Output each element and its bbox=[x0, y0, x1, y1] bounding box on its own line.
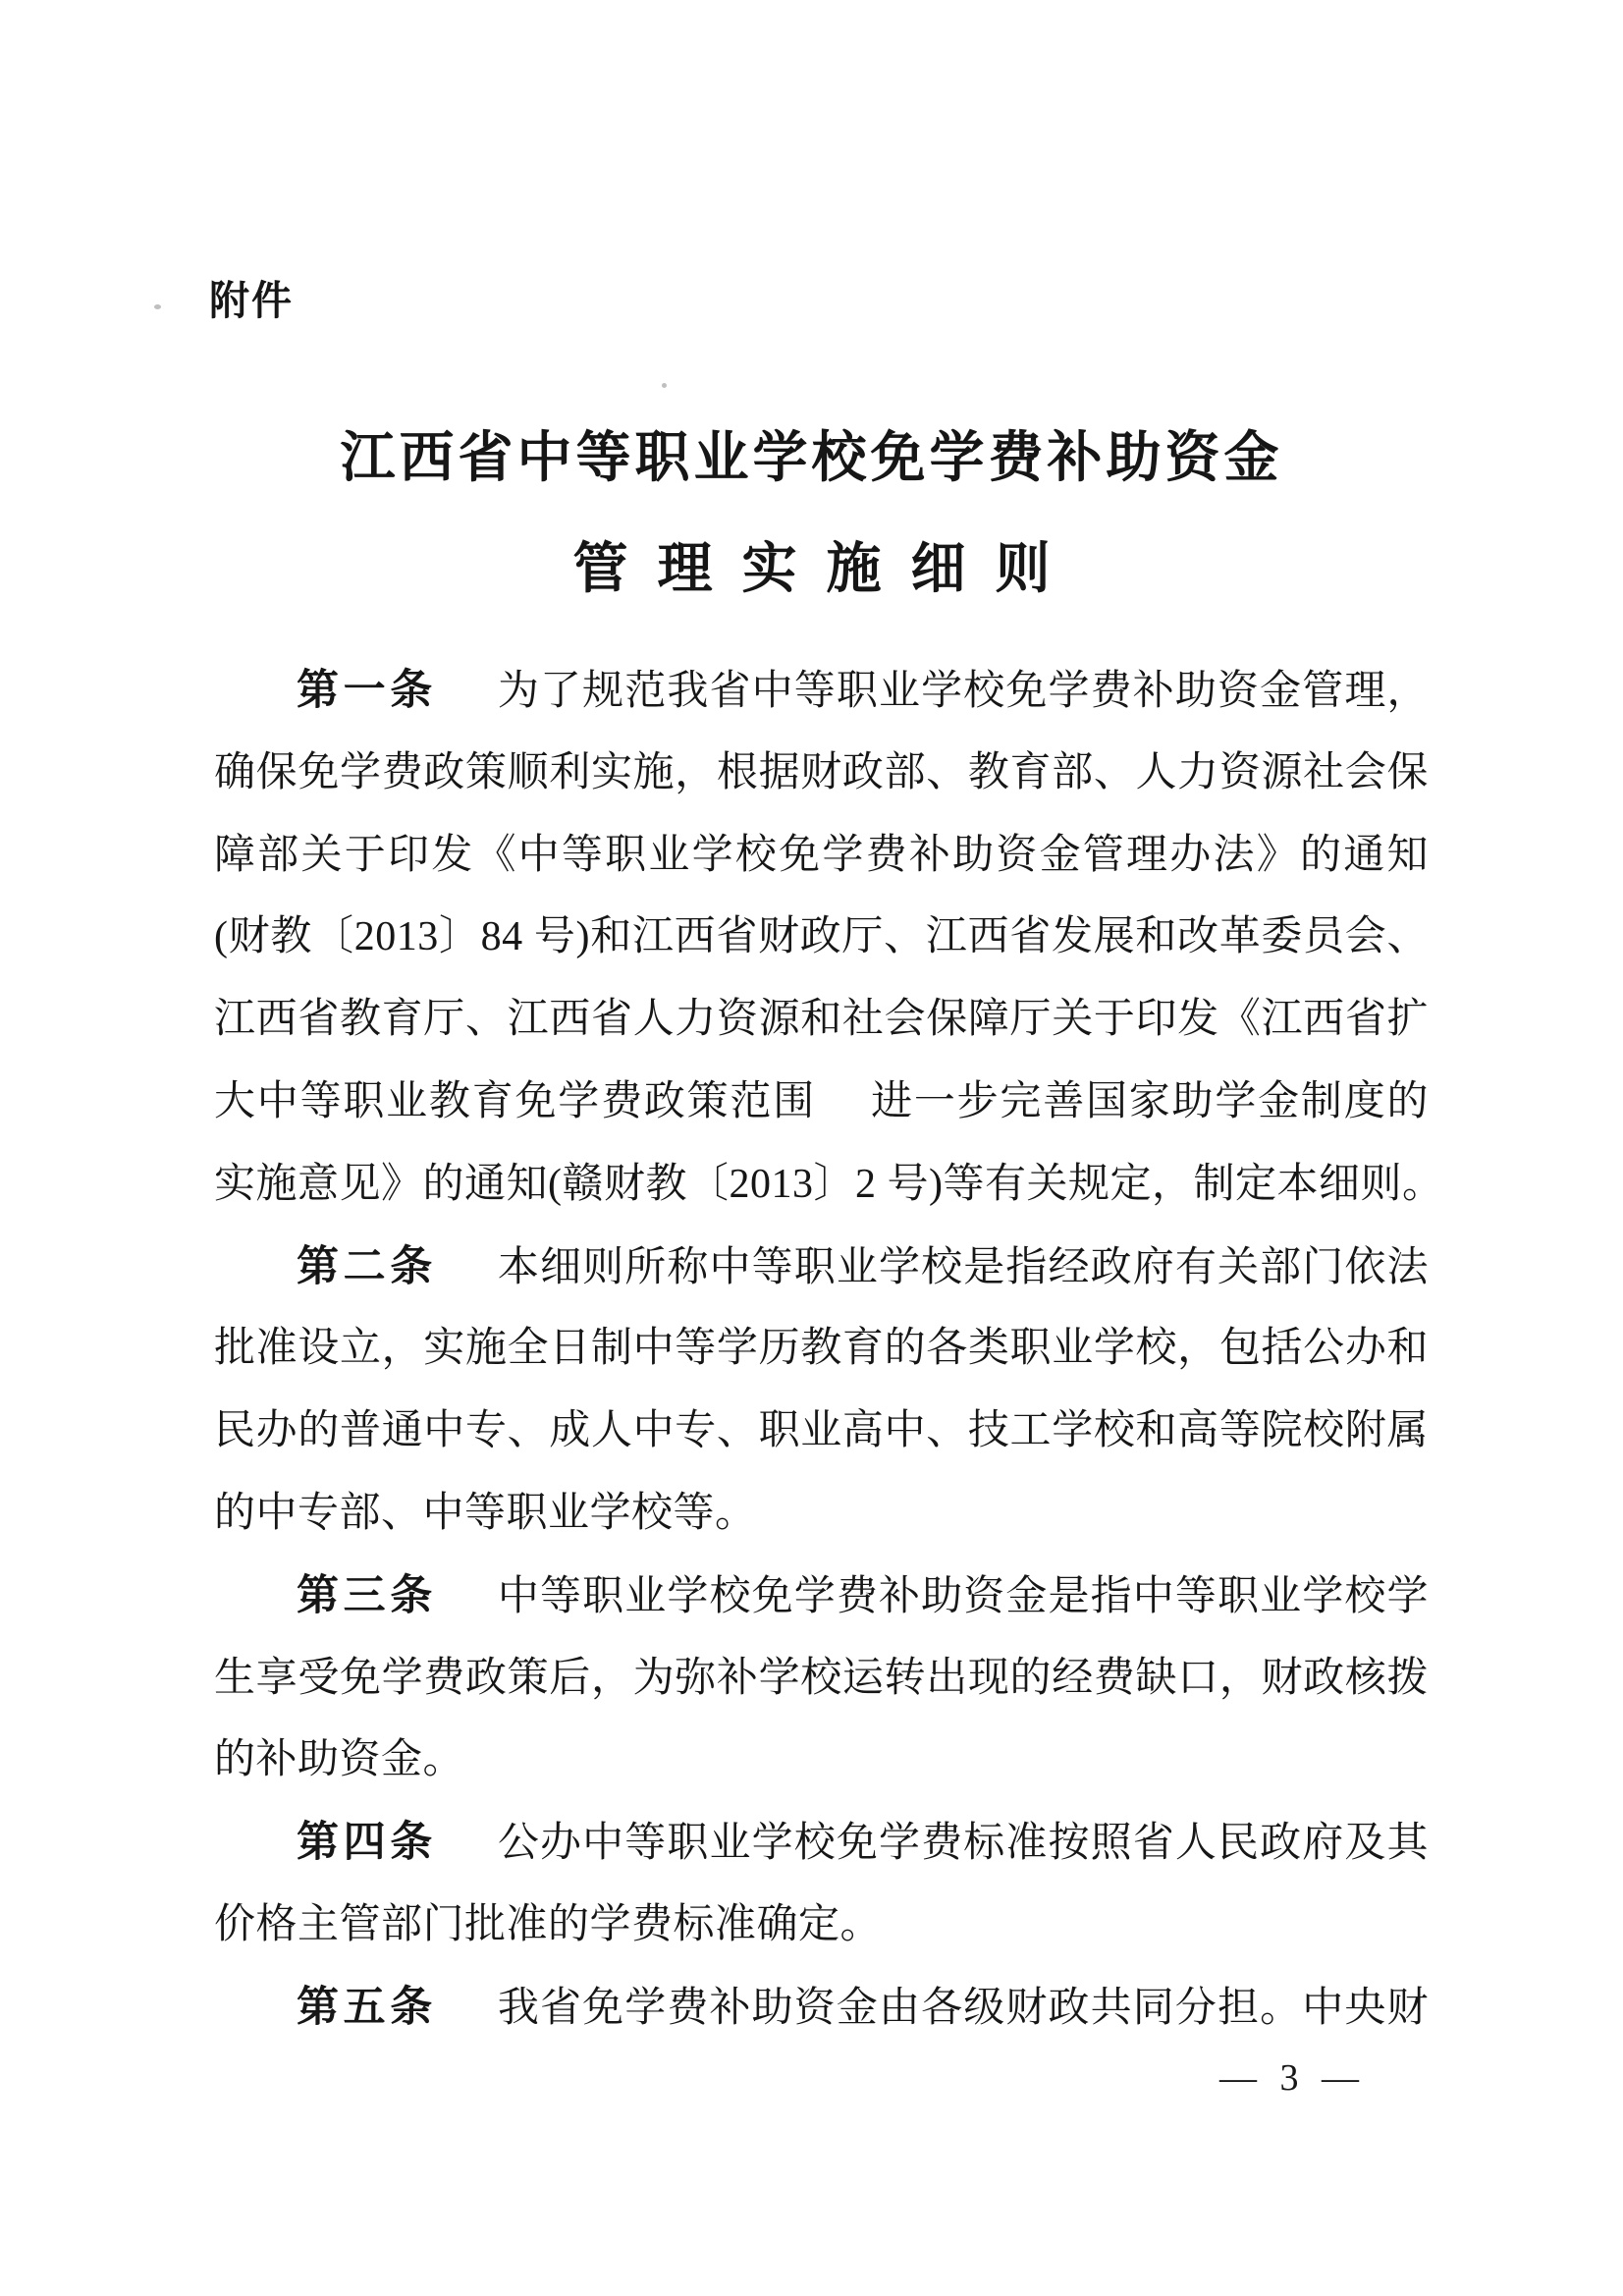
body-line: 第一条为了规范我省中等职业学校免学费补助资金管理， bbox=[214, 650, 1429, 733]
article-number-lead: 第五条 bbox=[297, 1984, 437, 2031]
body-line: 的中专部、中等职业学校等。 bbox=[214, 1473, 1429, 1556]
body-line: 民办的普通中专、成人中专、职业高中、技工学校和高等院校附属 bbox=[214, 1391, 1429, 1473]
body-line: 第二条本细则所称中等职业学校是指经政府有关部门依法 bbox=[214, 1227, 1429, 1309]
article-number-lead: 第一条 bbox=[297, 667, 437, 714]
body-line: 第四条公办中等职业学校免学费标准按照省人民政府及其 bbox=[214, 1802, 1429, 1885]
article-number-lead: 第三条 bbox=[297, 1572, 437, 1619]
body-line: 实施意见》的通知(赣财教〔2013〕2 号)等有关规定，制定本细则。 bbox=[214, 1144, 1429, 1227]
body-line: 确保免学费政策顺利实施，根据财政部、教育部、人力资源社会保 bbox=[214, 733, 1429, 815]
attachment-label: 附件 bbox=[209, 279, 294, 322]
body-line: 江西省教育厅、江西省人力资源和社会保障厅关于印发《江西省扩 bbox=[214, 979, 1429, 1062]
body-line: 大中等职业教育免学费政策范围 进一步完善国家助学金制度的 bbox=[214, 1062, 1429, 1144]
body-line: (财教〔2013〕84 号)和江西省财政厅、江西省发展和改革委员会、 bbox=[214, 897, 1429, 979]
scan-speck bbox=[662, 383, 667, 388]
article-number-lead: 第四条 bbox=[297, 1819, 437, 1866]
body-line: 第五条我省免学费补助资金由各级财政共同分担。中央财 bbox=[214, 1967, 1429, 2050]
body-line: 价格主管部门批准的学费标准确定。 bbox=[214, 1885, 1429, 1967]
document-title-line2: 管理实施细则 bbox=[0, 539, 1623, 600]
body-line: 批准设立，实施全日制中等学历教育的各类职业学校，包括公办和 bbox=[214, 1308, 1429, 1391]
body-line: 第三条中等职业学校免学费补助资金是指中等职业学校学 bbox=[214, 1556, 1429, 1638]
body-line: 障部关于印发《中等职业学校免学费补助资金管理办法》的通知 bbox=[214, 815, 1429, 898]
document-body: 第一条为了规范我省中等职业学校免学费补助资金管理，确保免学费政策顺利实施，根据财… bbox=[214, 650, 1429, 2050]
article-number-lead: 第二条 bbox=[297, 1243, 437, 1290]
page-number-footer: — 3 — bbox=[1219, 2056, 1366, 2100]
body-line: 生享受免学费政策后，为弥补学校运转出现的经费缺口，财政核拨 bbox=[214, 1638, 1429, 1721]
body-line: 的补助资金。 bbox=[214, 1720, 1429, 1802]
document-page: 附件 江西省中等职业学校免学费补助资金 管理实施细则 第一条为了规范我省中等职业… bbox=[0, 0, 1623, 2296]
document-title-line1: 江西省中等职业学校免学费补助资金 bbox=[0, 428, 1623, 489]
scan-speck bbox=[154, 304, 161, 309]
